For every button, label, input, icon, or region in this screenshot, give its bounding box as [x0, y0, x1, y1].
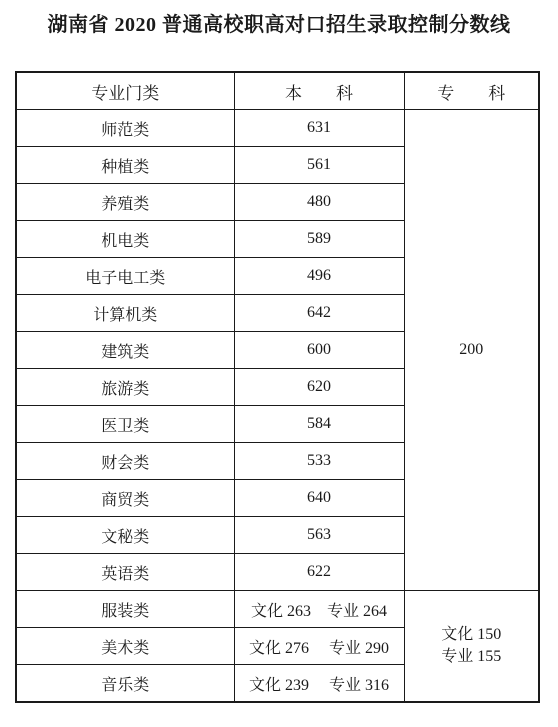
category-cell: 医卫类 [16, 406, 234, 443]
benke-score-cell: 584 [234, 406, 404, 443]
header-category-cell: 专业门类 [16, 72, 234, 110]
header-benke-cell: 本 科 [234, 72, 404, 110]
zhuanke-art-major-score: 专业 155 [405, 646, 539, 668]
benke-score-cell: 642 [234, 295, 404, 332]
benke-score-cell: 563 [234, 517, 404, 554]
category-cell: 电子电工类 [16, 258, 234, 295]
category-cell: 英语类 [16, 554, 234, 591]
benke-score-cell: 文化 276 专业 290 [234, 628, 404, 665]
benke-score-cell: 620 [234, 369, 404, 406]
zhuanke-merged-cell: 200 [404, 110, 539, 591]
category-cell: 财会类 [16, 443, 234, 480]
category-cell: 养殖类 [16, 184, 234, 221]
benke-score-cell: 480 [234, 184, 404, 221]
benke-score-cell: 561 [234, 147, 404, 184]
benke-score-cell: 600 [234, 332, 404, 369]
category-cell: 美术类 [16, 628, 234, 665]
category-cell: 音乐类 [16, 665, 234, 703]
category-cell: 旅游类 [16, 369, 234, 406]
category-cell: 建筑类 [16, 332, 234, 369]
benke-score-cell: 文化 239 专业 316 [234, 665, 404, 703]
benke-score-cell: 622 [234, 554, 404, 591]
header-zhuanke-cell: 专 科 [404, 72, 539, 110]
category-cell: 服装类 [16, 591, 234, 628]
benke-score-cell: 631 [234, 110, 404, 147]
score-table: 专业门类 本 科 专 科 师范类 631 200 种植类 561 养殖类 480… [15, 71, 540, 703]
table-row: 服装类 文化 263 专业 264 文化 150 专业 155 [16, 591, 539, 628]
category-cell: 计算机类 [16, 295, 234, 332]
category-cell: 种植类 [16, 147, 234, 184]
benke-score-cell: 589 [234, 221, 404, 258]
benke-score-cell: 文化 263 专业 264 [234, 591, 404, 628]
page-title: 湖南省 2020 普通高校职高对口招生录取控制分数线 [6, 11, 552, 39]
category-cell: 商贸类 [16, 480, 234, 517]
benke-score-cell: 640 [234, 480, 404, 517]
zhuanke-art-culture-score: 文化 150 [405, 624, 539, 646]
table-row: 师范类 631 200 [16, 110, 539, 147]
benke-score-cell: 533 [234, 443, 404, 480]
category-cell: 文秘类 [16, 517, 234, 554]
category-cell: 师范类 [16, 110, 234, 147]
category-cell: 机电类 [16, 221, 234, 258]
benke-score-cell: 496 [234, 258, 404, 295]
table-header-row: 专业门类 本 科 专 科 [16, 72, 539, 110]
zhuanke-art-merged-cell: 文化 150 专业 155 [404, 591, 539, 703]
